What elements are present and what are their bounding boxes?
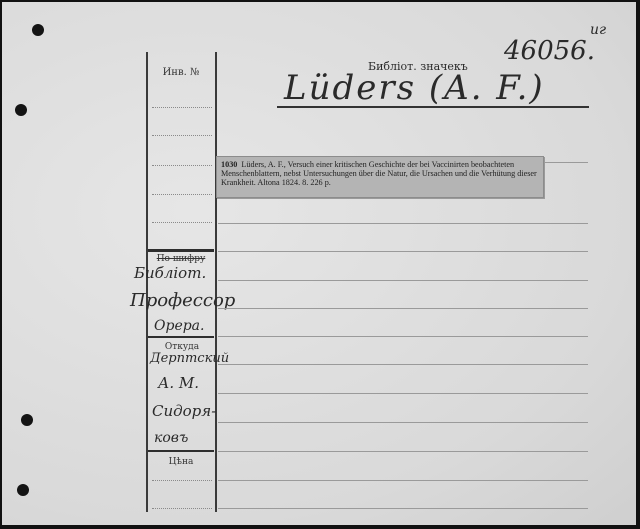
author-underline (277, 106, 589, 108)
bibliographic-clipping: 1030Lüders, A. F., Versuch einer kritisc… (216, 156, 544, 198)
inventory-number-label: Инв. № (148, 66, 214, 79)
ruled-line (218, 280, 588, 281)
ruled-line (152, 222, 212, 223)
corner-note: иг (590, 22, 606, 38)
price-label: Цѣна (148, 457, 214, 467)
column-rule-right (215, 52, 217, 512)
section-divider (148, 336, 214, 338)
source-handwritten-4: ковъ (154, 430, 188, 446)
inventory-number-label-text: Инв. № (163, 67, 200, 78)
ruled-line (218, 223, 588, 224)
punch-hole (21, 414, 33, 426)
punch-hole (15, 104, 27, 116)
punch-hole (32, 24, 44, 36)
ruled-line (218, 422, 588, 423)
entry-text: Lüders, A. F., Versuch einer kritischen … (221, 160, 537, 187)
ruled-line (152, 194, 212, 195)
section-divider (148, 450, 214, 452)
punch-hole (17, 484, 29, 496)
ruled-line (152, 165, 212, 166)
column-rule-left (146, 52, 148, 512)
provenance-handwritten-1: Библіот. (134, 264, 206, 282)
ruled-line (218, 308, 588, 309)
ruled-line (218, 364, 588, 365)
clipping-text: 1030Lüders, A. F., Versuch einer kritisc… (221, 160, 539, 188)
provenance-label: По шифру (150, 254, 212, 264)
ruled-line (152, 107, 212, 108)
ruled-line (218, 508, 588, 509)
ruled-line (218, 393, 588, 394)
section-divider (148, 249, 214, 252)
author-handwritten: Lüders (A. F.) (284, 68, 545, 108)
ruled-line (218, 336, 588, 337)
ruled-line (152, 135, 212, 136)
ruled-line (218, 251, 588, 252)
entry-number: 1030 (221, 160, 237, 169)
shelfmark-number: 46056. (504, 36, 595, 66)
ruled-line (152, 480, 212, 481)
source-handwritten-3: Сидоря- (152, 402, 216, 420)
ruled-line (218, 451, 588, 452)
provenance-handwritten-3: Орера. (154, 318, 204, 334)
catalog-card: Инв. № По шифру Библіот. Профессор Орера… (2, 2, 636, 525)
ruled-line (152, 508, 212, 509)
ruled-line (218, 480, 588, 481)
source-handwritten-2: А. М. (158, 374, 199, 392)
